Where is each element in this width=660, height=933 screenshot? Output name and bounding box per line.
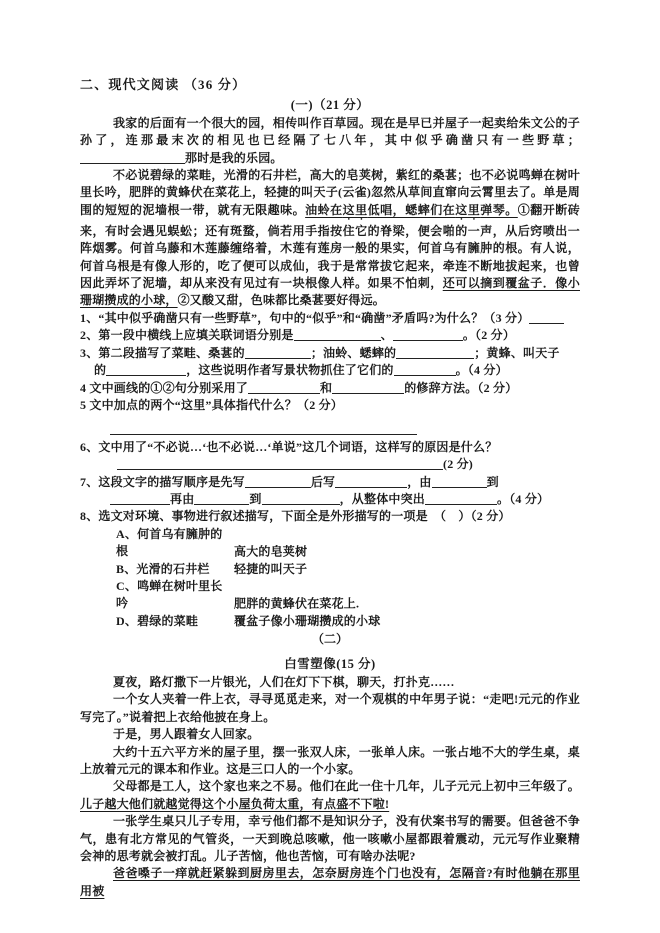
text-run: 夏夜，路灯撒下一片银光，人们在灯下下棋，聊天，打扑克…… bbox=[113, 675, 455, 689]
choice-d-text2: 覆盆子像小珊瑚攒成的小球 bbox=[234, 614, 380, 628]
text-run: 和 bbox=[320, 381, 332, 395]
answer-blank bbox=[110, 492, 170, 505]
passage2-paragraph: 夏夜，路灯撒下一片银光，人们在灯下下棋，聊天，打扑克…… bbox=[80, 674, 580, 691]
answer-blank bbox=[262, 492, 340, 505]
text-run: 油蛉在 bbox=[305, 203, 343, 217]
part2-title: 白雪塑像(15 分) bbox=[80, 656, 580, 673]
choice-c-label: C、 bbox=[116, 579, 137, 593]
choice-c-col1: C、鸣蝉在树叶里长吟 bbox=[116, 578, 234, 613]
text-run: 5 文中加点的两个“这里”具体指代什么？（2 分） bbox=[80, 398, 343, 412]
text-run: 儿子越大他们就越觉得这个小屋负荷太重，有点盛不下啦! bbox=[80, 797, 389, 811]
passage2-paragraph: 大约十五六平方米的屋子里，摆一张双人床，一张单人床。一张占地不大的学生桌，桌上放… bbox=[80, 744, 580, 779]
answer-blank bbox=[110, 422, 417, 435]
answer-blank bbox=[393, 328, 463, 341]
answer-blank bbox=[294, 328, 381, 341]
answer-blank bbox=[194, 492, 249, 505]
choice-a-col1: A、何首乌有臃肿的根 bbox=[116, 526, 234, 561]
choice-a-text2: 高大的皂荚树 bbox=[234, 544, 307, 558]
answer-blank bbox=[332, 381, 404, 394]
question-2: 2、第一段中横线上应填关联词语分别是、。（2 分） bbox=[80, 327, 580, 344]
question-7: 7、这段文字的描写顺序是先写后写，由到 bbox=[80, 474, 580, 491]
text-run: 再由 bbox=[170, 492, 194, 506]
choice-c-text2: 肥胖的黄蜂伏在菜花上. bbox=[234, 596, 359, 610]
choice-c: C、鸣蝉在树叶里长吟肥胖的黄蜂伏在菜花上. bbox=[80, 578, 580, 613]
text-run: ，从整体中突出 bbox=[340, 492, 425, 506]
text-run: 到 bbox=[249, 492, 261, 506]
text-run: ；油蛉、蟋蟀的 bbox=[311, 346, 396, 360]
answer-blank bbox=[394, 363, 456, 376]
section-heading: 二、现代文阅读 （36 分） bbox=[80, 76, 580, 93]
choice-b: B、光滑的石井栏轻捷的叫天子 bbox=[80, 561, 580, 578]
passage2-paragraph: 父母都是工人，这个家也来之不易。他们在此一住十几年，儿子元元上初中三年级了。儿子… bbox=[80, 778, 580, 813]
answer-line bbox=[80, 421, 580, 438]
part1-title: (一)（21 分） bbox=[80, 97, 580, 114]
passage2-paragraph: 一张学生桌只儿子专用，幸亏他们都不是知识分子，没有伏案书写的需要。但爸爸不争气，… bbox=[80, 813, 580, 865]
text-run: 7、这段文字的描写顺序是先写 bbox=[80, 475, 245, 489]
text-run: 父母都是工人，这个家也来之不易。他们在此一住十几年，儿子元元上初中三年级了。 bbox=[113, 779, 580, 793]
question-7-continued: 再由到，从整体中突出。（4 分） bbox=[80, 491, 580, 508]
question-8: 8、选文对环境、事物进行叙述描写，下面全是外形描写的一项是 （ ）（2 分） bbox=[80, 508, 580, 525]
choice-d-col1: D、碧绿的菜畦 bbox=[116, 613, 234, 630]
text-run: 我家的后面有一个很大的园，相传叫作百草园。现在是早已并屋子一起卖给朱文公的子孙了… bbox=[80, 116, 580, 147]
text-run: 。（4 分） bbox=[456, 363, 508, 377]
text-run: 1、“其中似乎确凿只有一些野草”，句中的“似乎”和“确凿”矛盾吗?为什么？（3 … bbox=[80, 311, 529, 325]
text-run: ②又酸又甜，色味都比桑葚要好得远。 bbox=[178, 293, 385, 307]
passage1-paragraph: 不必说碧绿的菜畦，光滑的石井栏，高大的皂荚树，紫红的桑葚；也不必说鸣蝉在树叶里长… bbox=[80, 167, 580, 310]
choice-b-text1: 光滑的石井栏 bbox=[136, 562, 209, 576]
text-run: 一个女人夹着一件上衣，寻寻觅觅走来，对一个观棋的中年男子说：“走吧!元元的作业写… bbox=[80, 692, 580, 723]
text-run: 8、选文对环境、事物进行叙述描写，下面全是外形描写的一项是 （ ）（2 分） bbox=[80, 509, 511, 523]
text-run: 这里 bbox=[455, 203, 480, 217]
text-run: ，这些说明作者写景状物抓住了它们的 bbox=[186, 363, 393, 377]
passage2-paragraph: 一个女人夹着一件上衣，寻寻觅觅走来，对一个观棋的中年男子说：“走吧!元元的作业写… bbox=[80, 691, 580, 726]
text-run: (2 分) bbox=[443, 457, 473, 471]
question-6: 6、文中用了“不必说…‘也不必说…‘单说”这几个词语，这样写的原因是什么？ bbox=[80, 439, 580, 456]
passage1-paragraph: 我家的后面有一个很大的园，相传叫作百草园。现在是早已并屋子一起卖给朱文公的子孙了… bbox=[80, 115, 580, 167]
passage2-paragraph: 于是，男人跟着女人回家。 bbox=[80, 726, 580, 743]
text-run: ，由 bbox=[407, 475, 431, 489]
text-run: 。（2 分） bbox=[463, 328, 515, 342]
question-3-continued: 的，这些说明作者写景状物抓住了它们的。（4 分） bbox=[80, 362, 580, 379]
question-5: 5 文中加点的两个“这里”具体指代什么？（2 分） bbox=[80, 397, 580, 414]
text-run: 于是，男人跟着女人回家。 bbox=[113, 727, 259, 741]
text-run: 。（4 分） bbox=[497, 492, 549, 506]
passage2-paragraph: 爸爸嗓子一痒就赶紧躲到厨房里去，怎奈厨房连个门也没有，怎隔音?有时他躺在那里用被 bbox=[80, 865, 580, 900]
text-run: 3、第二段描写了菜畦、桑葚的 bbox=[80, 346, 245, 360]
text-run: 、 bbox=[381, 328, 393, 342]
answer-blank bbox=[335, 475, 407, 488]
question-1: 1、“其中似乎确凿只有一些野草”，句中的“似乎”和“确凿”矛盾吗?为什么？（3 … bbox=[80, 310, 580, 327]
answer-blank bbox=[432, 475, 487, 488]
part2-marker: （二） bbox=[80, 631, 580, 648]
answer-blank bbox=[425, 492, 497, 505]
question-6-answer-line: (2 分) bbox=[80, 456, 580, 473]
choice-d-label: D、 bbox=[116, 614, 137, 628]
text-run: 爸爸嗓子一痒就赶紧躲到厨房里去，怎奈厨房连个门也没有，怎隔音?有时他躺在那里用被 bbox=[80, 866, 580, 897]
text-run: 弹琴。 bbox=[480, 203, 518, 217]
choice-a: A、何首乌有臃肿的根高大的皂荚树 bbox=[80, 526, 580, 561]
answer-blank bbox=[106, 363, 186, 376]
text-run: 后写 bbox=[311, 475, 335, 489]
answer-blank bbox=[529, 311, 564, 324]
text-run: 的修辞方法。（2 分） bbox=[404, 381, 517, 395]
text-run: ；黄蜂、叫天子 bbox=[474, 346, 559, 360]
choice-b-label: B、 bbox=[116, 562, 136, 576]
choice-d: D、碧绿的菜畦覆盆子像小珊瑚攒成的小球 bbox=[80, 613, 580, 630]
question-3: 3、第二段描写了菜畦、桑葚的；油蛉、蟋蟀的；黄蜂、叫天子 bbox=[80, 345, 580, 362]
answer-blank bbox=[245, 475, 311, 488]
answer-blank bbox=[80, 151, 185, 164]
answer-blank bbox=[396, 346, 474, 359]
text-run: 低唱，蟋蟀们在 bbox=[368, 203, 456, 217]
choice-a-label: A、 bbox=[116, 527, 137, 541]
choice-b-text2: 轻捷的叫天子 bbox=[234, 562, 307, 576]
text-run: 的 bbox=[94, 363, 106, 377]
question-4: 4 文中画线的①②句分别采用了和的修辞方法。（2 分） bbox=[80, 380, 580, 397]
text-run: 4 文中画线的①②句分别采用了 bbox=[80, 381, 248, 395]
choice-d-text1: 碧绿的菜畦 bbox=[137, 614, 198, 628]
answer-blank bbox=[248, 381, 320, 394]
text-run: 6、文中用了“不必说…‘也不必说…‘单说”这几个词语，这样写的原因是什么？ bbox=[80, 440, 497, 454]
text-run: 这里 bbox=[343, 203, 368, 217]
answer-blank bbox=[117, 457, 443, 470]
text-run: 一张学生桌只儿子专用，幸亏他们都不是知识分子，没有伏案书写的需要。但爸爸不争气，… bbox=[80, 814, 580, 863]
exam-page: 二、现代文阅读 （36 分） (一)（21 分） 我家的后面有一个很大的园，相传… bbox=[0, 0, 660, 933]
text-run: 大约十五六平方米的屋子里，摆一张双人床，一张单人床。一张占地不大的学生桌，桌上放… bbox=[80, 745, 580, 776]
answer-blank bbox=[245, 346, 311, 359]
text-run: 2、第一段中横线上应填关联词语分别是 bbox=[80, 328, 294, 342]
choice-b-col1: B、光滑的石井栏 bbox=[116, 561, 234, 578]
text-run: 到 bbox=[487, 475, 499, 489]
text-run: 那时是我的乐园。 bbox=[185, 151, 283, 165]
